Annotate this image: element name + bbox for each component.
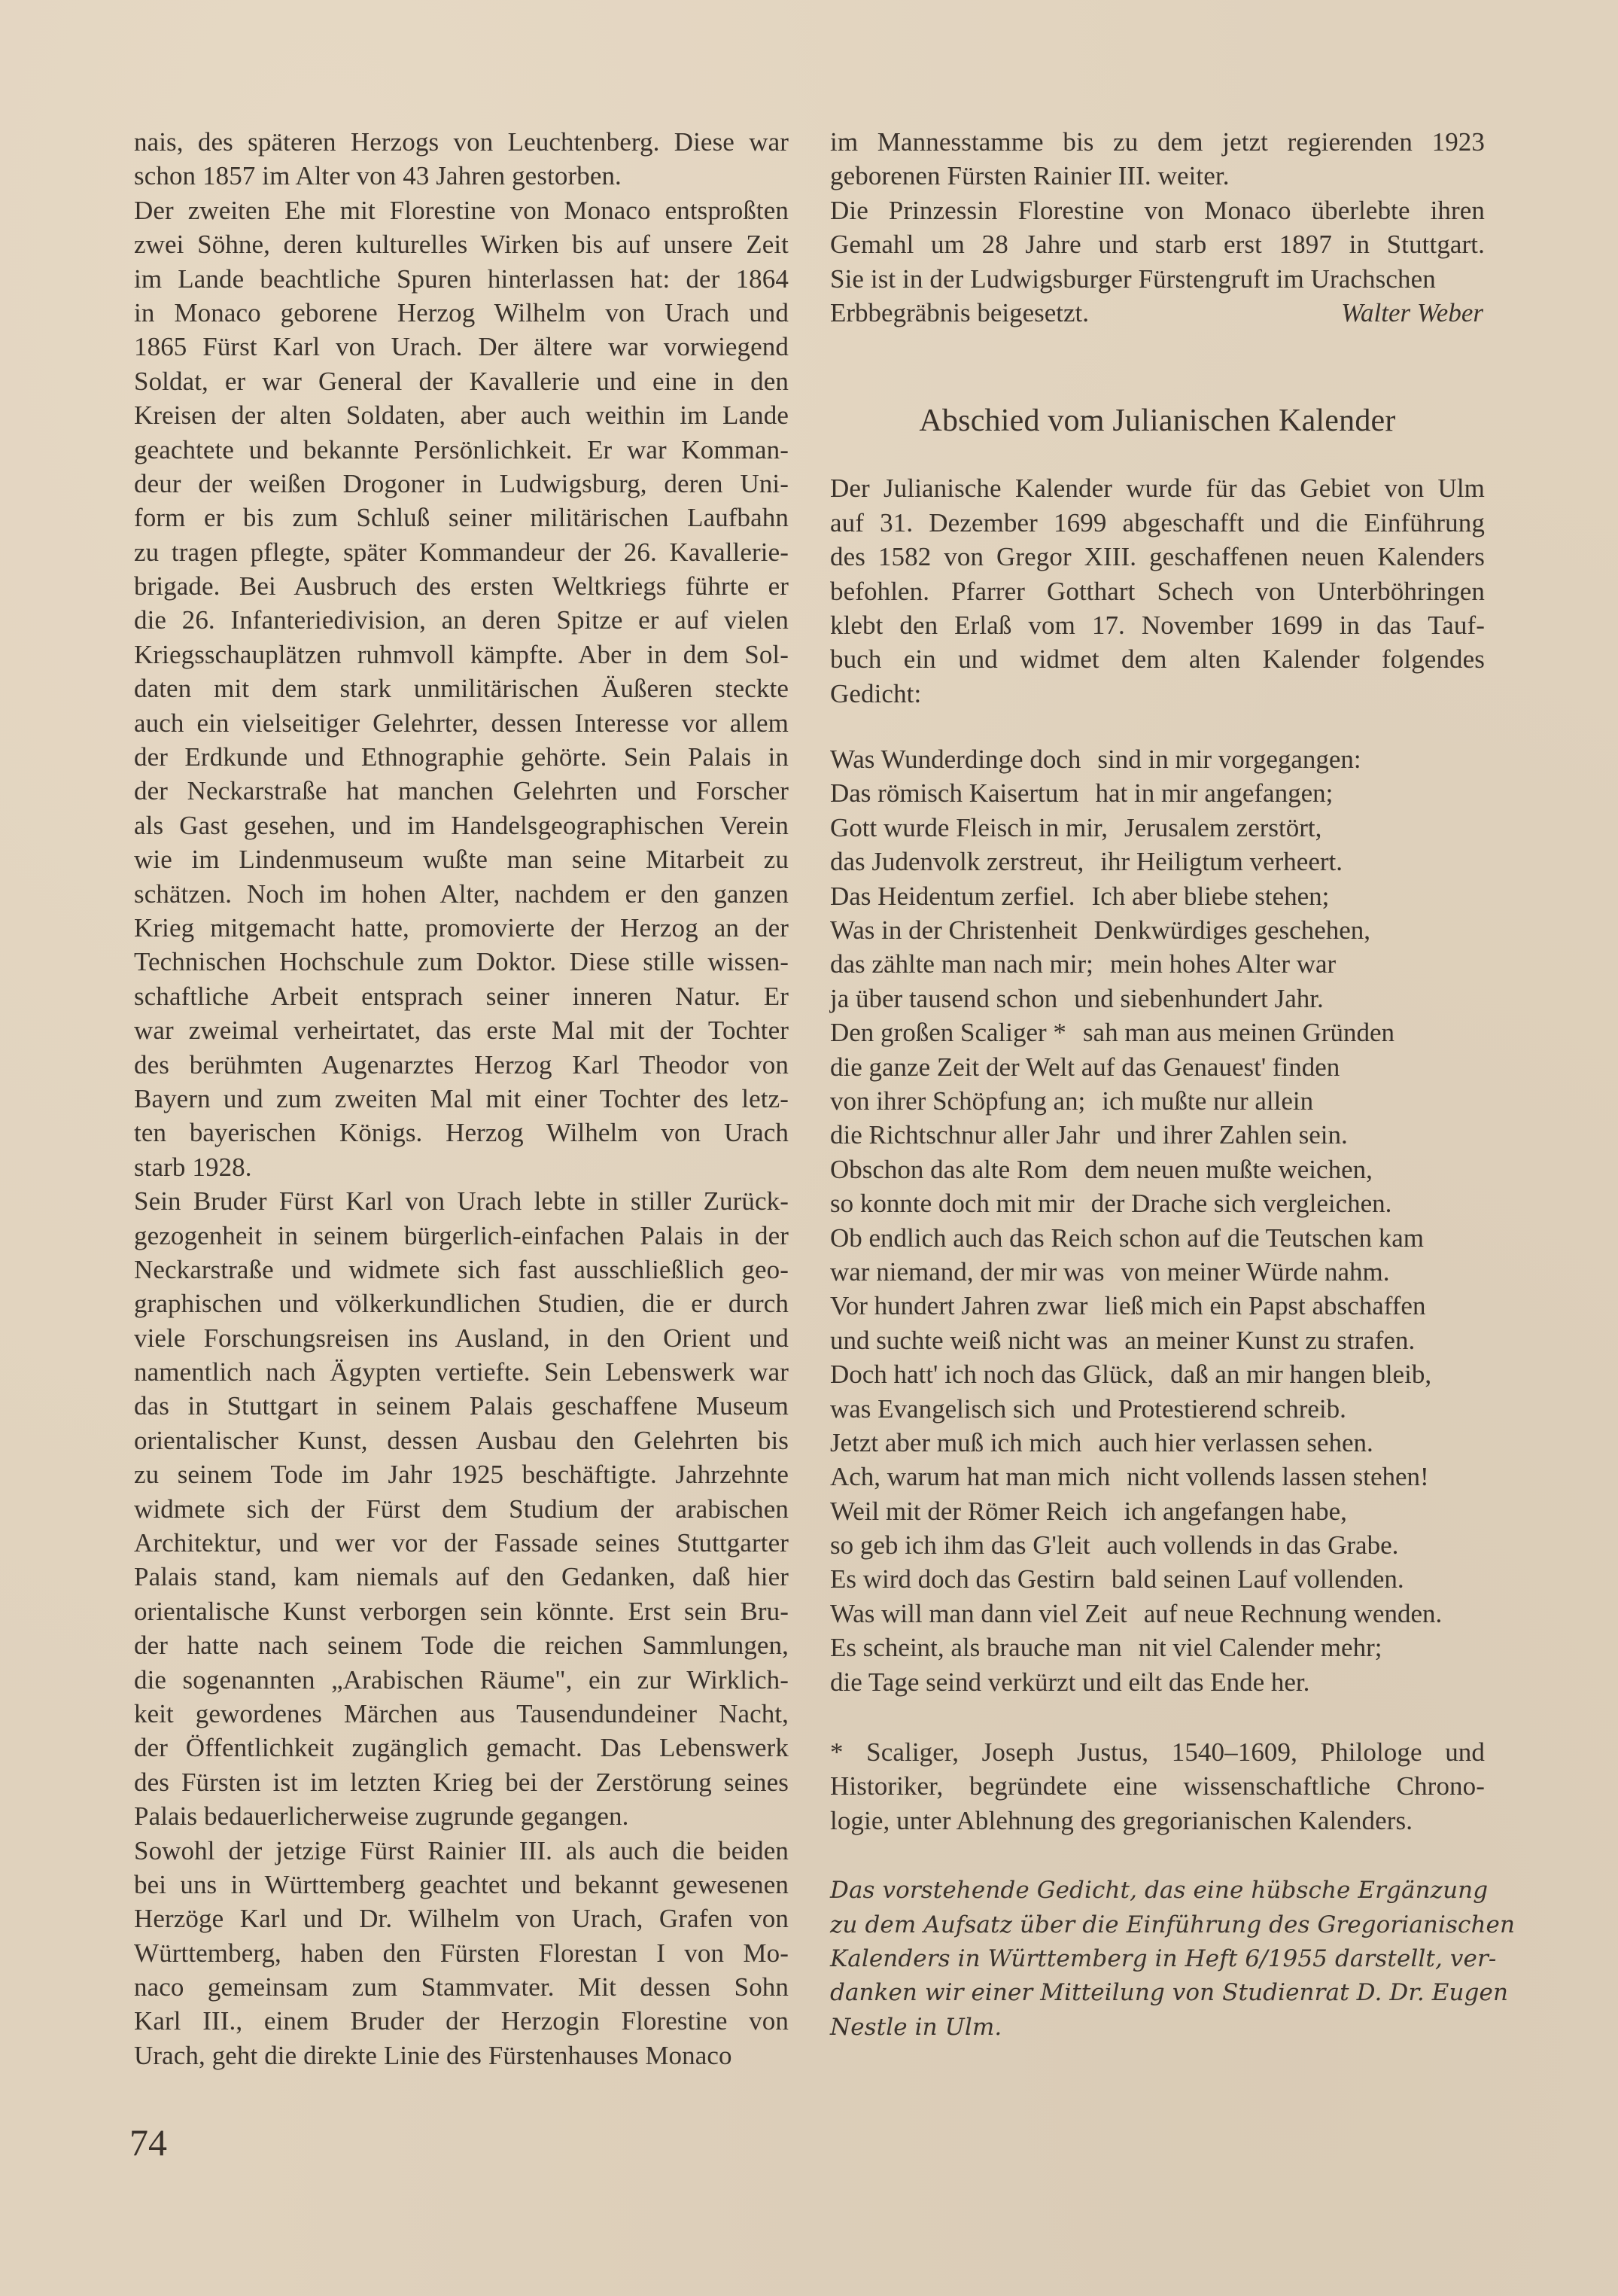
poem-verse: das Judenvolk zerstreut,ihr Heiligtum ve… [830, 845, 1485, 879]
verse-second-half: sah man aus meinen Gründen [1083, 1018, 1394, 1047]
verse-second-half: an meiner Kunst zu strafen. [1124, 1326, 1415, 1355]
verse-second-half: daß an mir hangen bleib, [1170, 1360, 1431, 1389]
verse-first-half: ja über tausend schon [830, 982, 1057, 1016]
text-line: Gemahl um 28 Jahre und starb erst 1897 i… [830, 227, 1485, 261]
right-column: im Mannesstamme bis zu dem jetzt regiere… [830, 125, 1485, 2045]
verse-first-half: Es scheint, als brauche man [830, 1631, 1122, 1664]
editor-note-line: Nestle in Ulm. [830, 2011, 1485, 2045]
magazine-page: nais, des späteren Herzogs von Leuchtenb… [0, 0, 1618, 2296]
text-line: der hatte nach seinem Tode die reichen S… [134, 1628, 789, 1662]
text-line: des Fürsten ist im letzten Krieg bei der… [134, 1765, 789, 1799]
text-line: 1865 Fürst Karl von Urach. Der ältere wa… [134, 330, 789, 364]
verse-first-half: die Richtschnur aller Jahr [830, 1118, 1100, 1152]
text-line: orientalische Kunst verborgen sein könnt… [134, 1594, 789, 1628]
verse-second-half: auf neue Rechnung wenden. [1144, 1599, 1443, 1628]
poem-verse: von ihrer Schöpfung an;ich mußte nur all… [830, 1084, 1485, 1118]
editor-note-line: zu dem Aufsatz über die Einführung des G… [830, 1908, 1485, 1942]
verse-first-half: Ob endlich auch das Reich schon auf die … [830, 1221, 1424, 1255]
text-line: Der zweiten Ehe mit Florestine von Monac… [134, 193, 789, 227]
closing-line-with-author: Erbbegräbnis beigesetzt. Walter Weber [830, 296, 1485, 330]
text-line: schätzen. Noch im hohen Alter, nachdem e… [134, 877, 789, 911]
text-line: naco gemeinsam zum Stammvater. Mit desse… [134, 1970, 789, 2004]
poem-verse: ja über tausend schonund siebenhundert J… [830, 982, 1485, 1016]
verse-first-half: Ach, warum hat man mich [830, 1460, 1110, 1494]
poem-verse: Doch hatt' ich noch das Glück,daß an mir… [830, 1357, 1485, 1391]
text-line: Herzöge Karl und Dr. Wilhelm von Urach, … [134, 1902, 789, 1935]
intro-line: Der Julianische Kalender wurde für das G… [830, 471, 1485, 505]
poem-verse: Ob endlich auch das Reich schon auf die … [830, 1221, 1485, 1255]
verse-first-half: Gott wurde Fleisch in mir, [830, 811, 1108, 845]
text-line: graphischen und völkerkundlichen Studien… [134, 1287, 789, 1320]
footnote: * Scaliger, Joseph Justus, 1540–1609, Ph… [830, 1735, 1485, 1838]
poem-verse: Vor hundert Jahren zwarließ mich ein Pap… [830, 1289, 1485, 1323]
text-line: das in Stuttgart in seinem Palais gescha… [134, 1389, 789, 1423]
text-line: Neckarstraße und widmete sich fast aussc… [134, 1253, 789, 1287]
text-line: Palais bedauerlicherweise zugrunde gegan… [134, 1799, 789, 1833]
verse-second-half: und Protestierend schreib. [1072, 1394, 1346, 1424]
verse-first-half: Das römisch Kaisertum [830, 776, 1078, 810]
verse-second-half: bald seinen Lauf vollenden. [1112, 1564, 1404, 1594]
poem-verse: Was Wunderdinge dochsind in mir vorgegan… [830, 742, 1485, 776]
verse-first-half: Was will man dann viel Zeit [830, 1597, 1127, 1631]
text-line: im Mannesstamme bis zu dem jetzt regiere… [830, 125, 1485, 159]
poem-verse: Weil mit der Römer Reichich angefangen h… [830, 1494, 1485, 1528]
verse-first-half: so geb ich ihm das G'leit [830, 1528, 1090, 1562]
verse-first-half: Vor hundert Jahren zwar [830, 1289, 1087, 1323]
poem-verse: die Richtschnur aller Jahrund ihrer Zahl… [830, 1118, 1485, 1152]
text-line: die sogenannten „Arabischen Räume", ein … [134, 1663, 789, 1697]
text-line: war zweimal verheirtatet, das erste Mal … [134, 1013, 789, 1047]
editor-note-line: danken wir einer Mitteilung von Studienr… [830, 1976, 1485, 2010]
poem-verse: Was in der ChristenheitDenkwürdiges gesc… [830, 913, 1485, 947]
text-line: zu tragen pflegte, später Kommandeur der… [134, 535, 789, 569]
text-line: des berühmten Augenarztes Herzog Karl Th… [134, 1048, 789, 1082]
poem-verse: so konnte doch mit mirder Drache sich ve… [830, 1186, 1485, 1220]
text-line: zu seinem Tode im Jahr 1925 beschäftigte… [134, 1457, 789, 1491]
verse-second-half: ihr Heiligtum verheert. [1100, 847, 1343, 876]
text-line: geachtete und bekannte Persönlichkeit. E… [134, 433, 789, 467]
poem-verse: Was will man dann viel Zeitauf neue Rech… [830, 1597, 1485, 1631]
verse-first-half: Was Wunderdinge doch [830, 742, 1081, 776]
intro-line: des 1582 von Gregor XIII. geschaffenen n… [830, 540, 1485, 574]
text-line: daten mit dem stark unmilitärischen Äuße… [134, 671, 789, 705]
page-number: 74 [129, 2121, 167, 2164]
text-line: Krieg mitgemacht hatte, promovierte der … [134, 911, 789, 945]
poem-verse: Ach, warum hat man michnicht vollends la… [830, 1460, 1485, 1494]
verse-second-half: mein hohes Alter war [1110, 949, 1336, 979]
editor-note-line: Kalenders in Württemberg in Heft 6/1955 … [830, 1942, 1485, 1976]
text-line: Soldat, er war General der Kavallerie un… [134, 364, 789, 398]
left-column: nais, des späteren Herzogs von Leuchtenb… [134, 125, 789, 2072]
text-line: bei uns in Württemberg geachtet und beka… [134, 1868, 789, 1902]
intro-line: befohlen. Pfarrer Gotthart Schech von Un… [830, 574, 1485, 608]
text-line: starb 1928. [134, 1150, 789, 1184]
text-line: Urach, geht die direkte Linie des Fürste… [134, 2039, 789, 2072]
text-line: Sowohl der jetzige Fürst Rainier III. al… [134, 1834, 789, 1868]
text-line: keit gewordenes Märchen aus Tausendundei… [134, 1697, 789, 1731]
text-line: Württemberg, haben den Fürsten Florestan… [134, 1936, 789, 1970]
text-line: schon 1857 im Alter von 43 Jahren gestor… [134, 159, 789, 193]
poem-verse: Gott wurde Fleisch in mir,Jerusalem zers… [830, 811, 1485, 845]
text-line: Kreisen der alten Soldaten, aber auch we… [134, 398, 789, 432]
intro-line: klebt den Erlaß vom 17. November 1699 in… [830, 608, 1485, 642]
intro-line: Gedicht: [830, 677, 1485, 711]
verse-first-half: das zählte man nach mir; [830, 947, 1093, 981]
verse-second-half: auch vollends in das Grabe. [1107, 1530, 1399, 1560]
author-signature: Walter Weber [1341, 296, 1485, 330]
verse-second-half: Ich aber bliebe stehen; [1092, 882, 1330, 911]
text-line: Sein Bruder Fürst Karl von Urach lebte i… [134, 1184, 789, 1218]
poem-verse: Den großen Scaliger *sah man aus meinen … [830, 1016, 1485, 1049]
poem-verse: Das römisch Kaisertumhat in mir angefang… [830, 776, 1485, 810]
verse-second-half: nicht vollends lassen stehen! [1127, 1462, 1428, 1491]
text-line: form er bis zum Schluß seiner militärisc… [134, 501, 789, 534]
text-line: nais, des späteren Herzogs von Leuchtenb… [134, 125, 789, 159]
poem-verse: Es scheint, als brauche mannit viel Cale… [830, 1631, 1485, 1664]
verse-first-half: Weil mit der Römer Reich [830, 1494, 1107, 1528]
intro-line: buch ein und widmet dem alten Kalender f… [830, 642, 1485, 676]
poem-verse: Es wird doch das Gestirnbald seinen Lauf… [830, 1562, 1485, 1596]
verse-first-half: so konnte doch mit mir [830, 1186, 1075, 1220]
poem-verse: Jetzt aber muß ich michauch hier verlass… [830, 1426, 1485, 1460]
text-line: brigade. Bei Ausbruch des ersten Weltkri… [134, 569, 789, 603]
verse-first-half: und suchte weiß nicht was [830, 1323, 1108, 1357]
text-line: schaftliche Arbeit entsprach seiner inne… [134, 979, 789, 1013]
text-line: im Lande beachtliche Spuren hinterlassen… [134, 262, 789, 296]
verse-first-half: Was in der Christenheit [830, 913, 1078, 947]
text-line: orientalischer Kunst, dessen Ausbau den … [134, 1424, 789, 1457]
verse-second-half: der Drache sich vergleichen. [1091, 1189, 1392, 1218]
text-line: geborenen Fürsten Rainier III. weiter. [830, 159, 1485, 193]
text-line: Karl III., einem Bruder der Herzogin Flo… [134, 2004, 789, 2038]
text-line: die 26. Infanteriedivision, an deren Spi… [134, 603, 789, 637]
verse-second-half: Jerusalem zerstört, [1124, 813, 1321, 842]
poem-verse: was Evangelisch sichund Protestierend sc… [830, 1392, 1485, 1426]
verse-second-half: ich angefangen habe, [1124, 1497, 1346, 1526]
verse-second-half: Denkwürdiges geschehen, [1094, 915, 1370, 945]
verse-second-half: hat in mir angefangen; [1095, 778, 1333, 808]
text-line: der Erdkunde und Ethnographie gehörte. S… [134, 740, 789, 774]
verse-first-half: Jetzt aber muß ich mich [830, 1426, 1081, 1460]
text-line: Sie ist in der Ludwigsburger Fürstengruf… [830, 262, 1485, 296]
verse-second-half: ich mußte nur allein [1102, 1086, 1313, 1116]
footnote-line: logie, unter Ablehnung des gregorianisch… [830, 1804, 1485, 1838]
verse-first-half: die ganze Zeit der Welt auf das Genauest… [830, 1050, 1340, 1084]
text-line: Technischen Hochschule zum Doktor. Diese… [134, 945, 789, 979]
poem-verse: Obschon das alte Romdem neuen mußte weic… [830, 1153, 1485, 1186]
verse-first-half: Den großen Scaliger * [830, 1016, 1066, 1049]
poem: Was Wunderdinge dochsind in mir vorgegan… [830, 742, 1485, 1699]
verse-first-half: das Judenvolk zerstreut, [830, 845, 1084, 879]
verse-second-half: auch hier verlassen sehen. [1098, 1428, 1373, 1457]
text-line: der Öffentlichkeit zugänglich gemacht. D… [134, 1731, 789, 1765]
text-line: deur der weißen Drogoner in Ludwigsburg,… [134, 467, 789, 501]
text-line: wie im Lindenmuseum wußte man seine Mita… [134, 842, 789, 876]
continuation-paragraphs: im Mannesstamme bis zu dem jetzt regiere… [830, 125, 1485, 296]
article-title: Abschied vom Julianischen Kalender [830, 402, 1485, 440]
verse-second-half: nit viel Calender mehr; [1139, 1633, 1382, 1662]
text-line: der Neckarstraße hat manchen Gelehrten u… [134, 774, 789, 808]
text-line: Kriegsschauplätzen ruhmvoll kämpfte. Abe… [134, 638, 789, 671]
text-line: zwei Söhne, deren kulturelles Wirken bis… [134, 227, 789, 261]
verse-second-half: von meiner Würde nahm. [1121, 1257, 1389, 1287]
text-line: Bayern und zum zweiten Mal mit einer Toc… [134, 1082, 789, 1116]
poem-verse: war niemand, der mir wasvon meiner Würde… [830, 1255, 1485, 1289]
text-line: als Gast gesehen, und im Handelsgeograph… [134, 808, 789, 842]
poem-verse: das zählte man nach mir;mein hohes Alter… [830, 947, 1485, 981]
text-line: in Monaco geborene Herzog Wilhelm von Ur… [134, 296, 789, 330]
intro-paragraph: Der Julianische Kalender wurde für das G… [830, 471, 1485, 711]
poem-verse: so geb ich ihm das G'leitauch vollends i… [830, 1528, 1485, 1562]
verse-second-half: sind in mir vorgegangen: [1097, 745, 1361, 774]
verse-second-half: und siebenhundert Jahr. [1074, 984, 1323, 1013]
text-line: widmete sich der Fürst dem Studium der a… [134, 1492, 789, 1526]
text-line: Die Prinzessin Florestine von Monaco übe… [830, 193, 1485, 227]
footnote-line: * Scaliger, Joseph Justus, 1540–1609, Ph… [830, 1735, 1485, 1769]
verse-second-half: dem neuen mußte weichen, [1084, 1155, 1373, 1184]
text-line: Palais stand, kam niemals auf den Gedank… [134, 1560, 789, 1594]
poem-verse: die ganze Zeit der Welt auf das Genauest… [830, 1050, 1485, 1084]
verse-first-half: was Evangelisch sich [830, 1392, 1055, 1426]
intro-line: auf 31. Dezember 1699 abgeschafft und di… [830, 506, 1485, 540]
poem-verse: Das Heidentum zerfiel.Ich aber bliebe st… [830, 879, 1485, 913]
verse-first-half: war niemand, der mir was [830, 1255, 1104, 1289]
poem-verse: und suchte weiß nicht wasan meiner Kunst… [830, 1323, 1485, 1357]
text-line: Architektur, und wer vor der Fassade sei… [134, 1526, 789, 1560]
text-line: namentlich nach Ägypten vertiefte. Sein … [134, 1355, 789, 1389]
poem-verse: die Tage seind verkürzt und eilt das End… [830, 1665, 1485, 1699]
text-line: viele Forschungsreisen ins Ausland, in d… [134, 1321, 789, 1355]
footnote-line: Historiker, begründete eine wissenschaft… [830, 1769, 1485, 1803]
text-line: ten bayerischen Königs. Herzog Wilhelm v… [134, 1116, 789, 1150]
verse-first-half: von ihrer Schöpfung an; [830, 1084, 1085, 1118]
text-line: gezogenheit in seinem bürgerlich-einfach… [134, 1219, 789, 1253]
editor-note: Das vorstehende Gedicht, das eine hübsch… [830, 1874, 1485, 2045]
verse-second-half: ließ mich ein Papst abschaffen [1104, 1291, 1425, 1320]
verse-first-half: Das Heidentum zerfiel. [830, 879, 1075, 913]
text-line: auch ein vielseitiger Gelehrter, dessen … [134, 706, 789, 740]
verse-first-half: Obschon das alte Rom [830, 1153, 1068, 1186]
verse-first-half: Es wird doch das Gestirn [830, 1562, 1095, 1596]
verse-second-half: und ihrer Zahlen sein. [1117, 1120, 1348, 1150]
editor-note-line: Das vorstehende Gedicht, das eine hübsch… [830, 1874, 1485, 1908]
closing-line: Erbbegräbnis beigesetzt. [830, 296, 1089, 330]
verse-first-half: Doch hatt' ich noch das Glück, [830, 1357, 1154, 1391]
verse-first-half: die Tage seind verkürzt und eilt das End… [830, 1665, 1309, 1699]
